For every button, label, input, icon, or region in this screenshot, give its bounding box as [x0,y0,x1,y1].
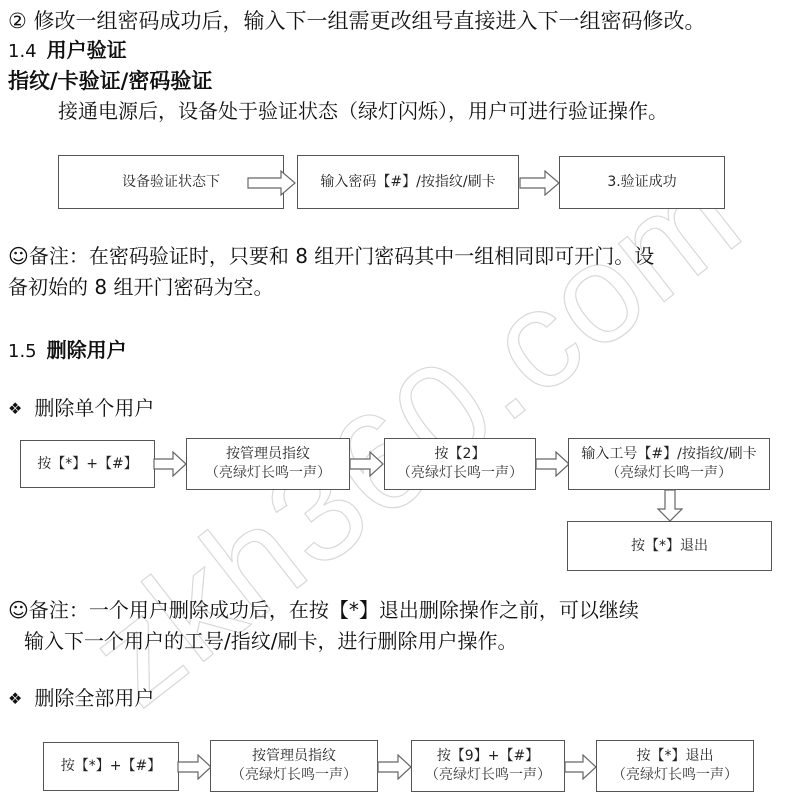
flow-arrow-icon [519,170,561,196]
flow-arrow-icon [153,451,188,477]
flow-step-label: 按管理员指纹 [252,747,336,766]
flow-step-label: 按【*】+【#】 [37,455,137,474]
flow-step-press-9-hash: 按【9】+【#】 （亮绿灯长鸣一声） [411,740,565,792]
flow-step-label: 按【*】退出 [637,747,714,766]
flow-step-label: 3.验证成功 [607,173,676,192]
flow-step-label: 输入密码【#】/按指纹/刷卡 [320,173,495,192]
flow-step-press-star-hash: 按【*】+【#】 [43,742,179,791]
note-verify: ☺备注：在密码验证时，只要和 8 组开门密码其中一组相同即可开门。设 [8,243,654,269]
note-text-line2: 备初始的 8 组开门密码为空。 [8,274,273,300]
flow-arrow-icon [535,451,571,477]
flow-step-press-star-exit: 按【*】退出 （亮绿灯长鸣一声） [596,740,754,792]
flow-step-label: 设备验证状态下 [122,173,220,192]
section-number: 1.4 [8,41,37,62]
section-number: 1.5 [8,341,37,362]
subsection-title: 删除单个用户 [34,396,154,420]
section-title: 删除用户 [47,338,127,362]
smiley-icon: ☺ [8,243,29,269]
flow-step-sublabel: （亮绿灯长鸣一声） [397,464,523,483]
flow-step-press-star-exit: 按【*】退出 [567,521,772,571]
flow-step-sublabel: （亮绿灯长鸣一声） [425,766,551,785]
note-text-line2: 输入下一个用户的工号/指纹/刷卡，进行删除用户操作。 [24,628,517,654]
flow-step-label: 按【2】 [435,445,486,464]
section-heading-1-4: 1.4用户验证 [8,37,127,65]
flow-step-label: 按【*】+【#】 [61,757,161,776]
flow-step-label: 输入工号【#】/按指纹/刷卡 [581,445,756,464]
flow-arrow-down-icon [657,489,683,523]
diamond-bullet-icon: ❖ [8,686,22,712]
flow-step-verify-success: 3.验证成功 [559,156,725,209]
section-title: 用户验证 [47,38,127,62]
diamond-bullet-icon: ❖ [8,396,22,422]
flow-step-admin-fingerprint: 按管理员指纹 （亮绿灯长鸣一声） [186,438,350,490]
flow-step-label: 按【9】+【#】 [437,747,539,766]
flow-arrow-icon [349,451,385,477]
flow-step-label: 按【*】退出 [631,537,708,556]
flow-arrow-icon [177,754,213,780]
intro-step-text: ② 修改一组密码成功后，输入下一组需更改组号直接进入下一组密码修改。 [8,8,706,34]
flow-step-enter-credential: 输入密码【#】/按指纹/刷卡 [297,155,519,209]
flow-step-sublabel: （亮绿灯长鸣一声） [606,464,732,483]
subsection-title: 删除全部用户 [34,686,154,710]
flow-step-press-2: 按【2】 （亮绿灯长鸣一声） [384,438,536,490]
verification-description: 接通电源后，设备处于验证状态（绿灯闪烁），用户可进行验证操作。 [58,98,668,124]
flow-arrow-icon [564,754,598,780]
flow-step-press-star-hash: 按【*】+【#】 [20,440,155,488]
note-text-line1: 备注：在密码验证时，只要和 8 组开门密码其中一组相同即可开门。设 [29,244,654,268]
flow-step-label: 按管理员指纹 [226,445,310,464]
delete-all-heading: ❖删除全部用户 [8,685,154,712]
flow-step-sublabel: （亮绿灯长鸣一声） [231,766,357,785]
note-text-line1: 备注：一个用户删除成功后，在按【*】退出删除操作之前，可以继续 [29,598,639,622]
flow-step-admin-fingerprint: 按管理员指纹 （亮绿灯长鸣一声） [210,740,378,792]
flow-step-sublabel: （亮绿灯长鸣一声） [612,766,738,785]
delete-single-heading: ❖删除单个用户 [8,395,154,422]
flow-arrow-icon [247,170,297,196]
flow-arrow-icon [377,754,413,780]
section-heading-1-5: 1.5删除用户 [8,337,127,365]
flow-step-sublabel: （亮绿灯长鸣一声） [205,464,331,483]
flow-step-enter-user-id: 输入工号【#】/按指纹/刷卡 （亮绿灯长鸣一声） [568,438,770,490]
verification-methods-heading: 指纹/卡验证/密码验证 [8,68,212,94]
smiley-icon: ☺ [8,597,29,623]
note-delete-single: ☺备注：一个用户删除成功后，在按【*】退出删除操作之前，可以继续 [8,597,639,623]
